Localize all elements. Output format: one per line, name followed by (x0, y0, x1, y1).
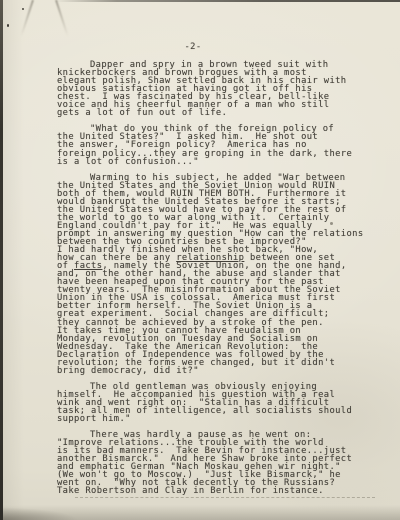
text-line: bring democracy, did it?" (57, 367, 382, 375)
paragraph: Dapper and spry in a brown tweed suit wi… (57, 61, 382, 117)
paragraph: "What do you think of the foreign policy… (57, 125, 382, 165)
paper-crease-left (20, 0, 34, 36)
page-edge-top (55, 0, 400, 2)
perforation-dotted-line (75, 497, 375, 498)
page-number: -2- (0, 42, 386, 52)
paragraph: The old gentleman was obviously enjoying… (57, 383, 382, 423)
text-line: is a lot of confusion..." (57, 158, 382, 166)
text-line: support him." (57, 415, 382, 423)
ink-speck (7, 24, 9, 27)
paragraph: There was hardly a pause as he went on:"… (57, 431, 382, 495)
bottom-left-corner-shadow (0, 502, 110, 520)
document-page: -2- Dapper and spry in a brown tweed sui… (0, 0, 400, 520)
scanned-document-screenshot: { "colors": { "paper": "#e7e3d5", "ink":… (0, 0, 400, 520)
text-line: gets a lot of fun out of life. (57, 109, 382, 117)
document-body: Dapper and spry in a brown tweed suit wi… (57, 61, 382, 496)
paragraph: Warming to his subject, he added "War be… (57, 174, 382, 375)
paper-crease-right (55, 0, 69, 36)
text-line: Take Robertson and Clay in Berlin for in… (57, 487, 382, 495)
ink-speck (22, 8, 24, 10)
page-edge-left (0, 0, 3, 520)
